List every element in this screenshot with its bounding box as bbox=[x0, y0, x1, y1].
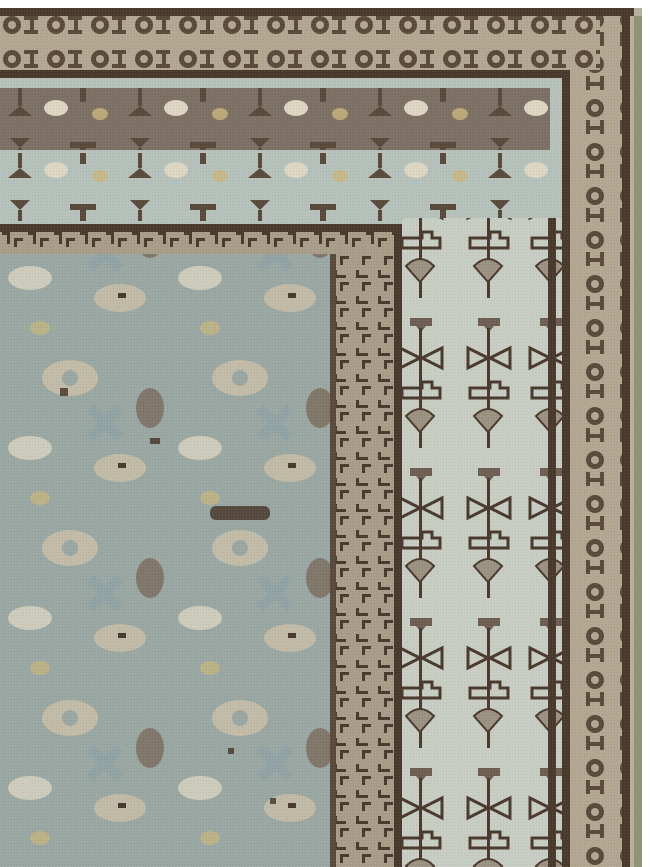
rug-selvedge bbox=[634, 16, 642, 867]
rug-photo bbox=[0, 8, 642, 867]
rug-pattern bbox=[0, 8, 642, 867]
